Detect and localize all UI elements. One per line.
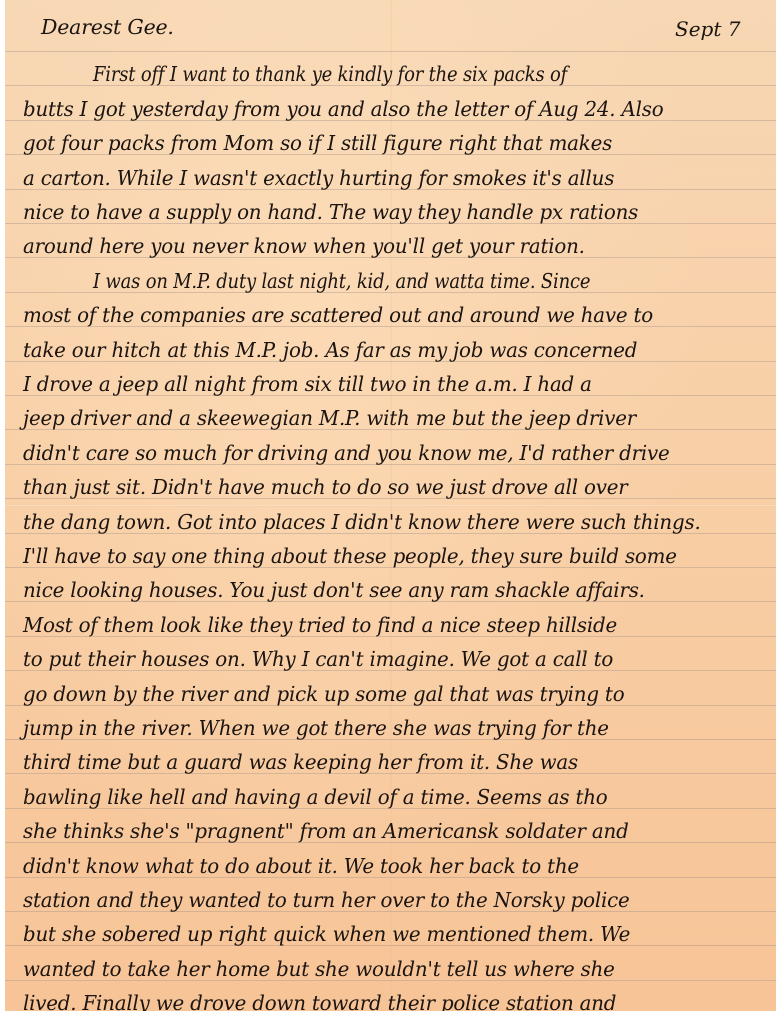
letter-line: didn't know what to do about it. We took… <box>23 856 768 877</box>
letter-line: station and they wanted to turn her over… <box>23 890 768 911</box>
letter-line: got four packs from Mom so if I still fi… <box>23 133 768 154</box>
letter-line: jump in the river. When we got there she… <box>23 718 768 739</box>
letter-line: I was on M.P. duty last night, kid, and … <box>93 271 768 292</box>
letter-line: most of the companies are scattered out … <box>23 305 768 326</box>
letter-line: to put their houses on. Why I can't imag… <box>23 649 768 670</box>
letter-line: I'll have to say one thing about these p… <box>23 546 768 567</box>
letter-date: Sept 7 <box>675 17 740 41</box>
letter-line: third time but a guard was keeping her f… <box>23 752 768 773</box>
letter-line: Most of them look like they tried to fin… <box>23 615 768 636</box>
letter-line: didn't care so much for driving and you … <box>23 443 768 464</box>
letter-line: nice to have a supply on hand. The way t… <box>23 202 768 223</box>
letter-line: the dang town. Got into places I didn't … <box>23 512 768 533</box>
letter-line: around here you never know when you'll g… <box>23 236 768 257</box>
letter-line: a carton. While I wasn't exactly hurting… <box>23 168 768 189</box>
salutation: Dearest Gee. <box>41 17 776 38</box>
letter-line: than just sit. Didn't have much to do so… <box>23 477 768 498</box>
letter-line: I drove a jeep all night from six till t… <box>23 374 768 395</box>
letter-line: jeep driver and a skeewegian M.P. with m… <box>23 408 768 429</box>
letter-line: nice looking houses. You just don't see … <box>23 580 768 601</box>
letter-line: lived. Finally we drove down toward thei… <box>23 993 768 1011</box>
letter-line: butts I got yesterday from you and also … <box>23 99 768 120</box>
letter-paper: Dearest Gee. Sept 7 First off I want to … <box>5 0 776 1011</box>
letter-line: but she sobered up right quick when we m… <box>23 924 768 945</box>
letter-line: bawling like hell and having a devil of … <box>23 787 768 808</box>
letter-line: she thinks she's "pragnent" from an Amer… <box>23 821 768 842</box>
letter-line: wanted to take her home but she wouldn't… <box>23 959 768 980</box>
letter-line: take our hitch at this M.P. job. As far … <box>23 340 768 361</box>
letter-line: First off I want to thank ye kindly for … <box>93 64 768 85</box>
letter-line: go down by the river and pick up some ga… <box>23 684 768 705</box>
